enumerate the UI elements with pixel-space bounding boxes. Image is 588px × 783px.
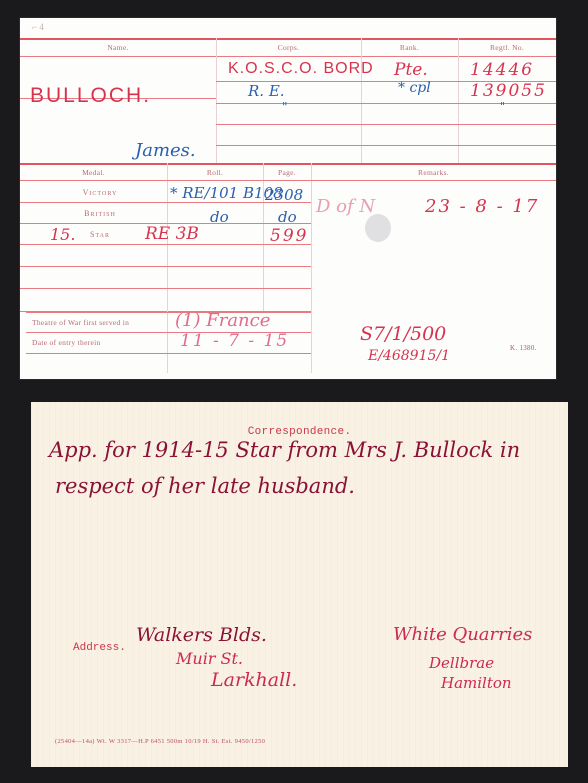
form-number: K. 1380.	[510, 344, 537, 352]
british-roll: do	[210, 208, 229, 226]
address-1-line-1: Walkers Blds.	[136, 624, 267, 646]
theatre-value: (1) France	[175, 310, 270, 331]
correspondence-title: Correspondence.	[31, 426, 568, 438]
col-divider-page	[311, 163, 312, 373]
roll-header: Roll.	[167, 168, 263, 177]
surname: BULLOCH.	[30, 84, 151, 108]
remarks-date: 23 - 8 - 17	[425, 196, 539, 217]
row-rule	[20, 288, 311, 289]
header-rule	[20, 56, 556, 57]
forename: James.	[135, 140, 196, 161]
corps-entry-3: "	[282, 100, 288, 114]
medal-card-front: ⌐ 4 Name. Corps. Rank. Regtl. No. BULLOC…	[20, 18, 556, 379]
remarks-note: D of N	[316, 196, 375, 217]
address-2-line-1: White Quarries	[393, 624, 532, 645]
correspondence-line-2: respect of her late husband.	[55, 474, 355, 498]
medal-header-rule	[20, 180, 556, 181]
medal-header: Medal.	[20, 168, 167, 177]
address-1-line-3: Larkhall.	[211, 669, 297, 691]
print-line: (25404—14a) Wt. W 3317—H.P 6451 500m 10/…	[55, 738, 265, 745]
corps-entry-2: R. E.	[248, 82, 285, 100]
star-roll: RE 3B	[145, 224, 199, 244]
rank-entry-1: Pte.	[394, 60, 428, 80]
reference-2: E/468915/1	[368, 348, 450, 364]
address-1-line-2: Muir St.	[176, 649, 243, 668]
entry-date-value: 11 - 7 - 15	[180, 331, 289, 351]
regtl-entry-3: "	[500, 100, 505, 113]
col-divider-theatre	[167, 311, 168, 373]
regtl-no-header: Regtl. No.	[458, 43, 556, 52]
top-rule	[20, 38, 556, 40]
name-header: Name.	[20, 43, 216, 52]
medal-victory-label: Victory	[60, 188, 140, 197]
star-page: 599	[270, 226, 308, 246]
rank-header: Rank.	[361, 43, 458, 52]
reference-1: S7/1/500	[360, 323, 446, 345]
correspondence-line-1: App. for 1914-15 Star from Mrs J. Bulloc…	[49, 438, 520, 462]
star-prefix: 15.	[50, 225, 75, 244]
british-page: do	[278, 208, 297, 226]
corner-mark: ⌐ 4	[32, 22, 44, 32]
medal-card-back: Correspondence. App. for 1914-15 Star fr…	[31, 402, 568, 767]
corps-header: Corps.	[216, 43, 361, 52]
section-rule	[20, 163, 556, 165]
rank-entry-2: * cpl	[398, 80, 431, 96]
address-2-line-2: Dellbrae	[429, 654, 494, 672]
remarks-header: Remarks.	[311, 168, 556, 177]
smudge	[365, 214, 391, 242]
regtl-entry-1: 14446	[470, 60, 534, 80]
address-2-line-3: Hamilton	[441, 674, 512, 692]
address-label: Address.	[73, 642, 126, 654]
regtl-entry-2: 139055	[470, 81, 547, 101]
theatre-bottom-rule	[26, 353, 311, 354]
theatre-label: Theatre of War first served in	[32, 318, 167, 327]
medal-british-label: British	[60, 209, 140, 218]
row-rule	[20, 266, 311, 267]
victory-page: 2308	[265, 186, 303, 204]
row-rule	[216, 124, 556, 125]
row-rule	[216, 145, 556, 146]
corps-entry-1: K.O.S.C.O. BORD	[228, 60, 374, 78]
row-rule	[20, 244, 311, 245]
entry-date-label: Date of entry therein	[32, 338, 167, 347]
page-header: Page.	[263, 168, 311, 177]
